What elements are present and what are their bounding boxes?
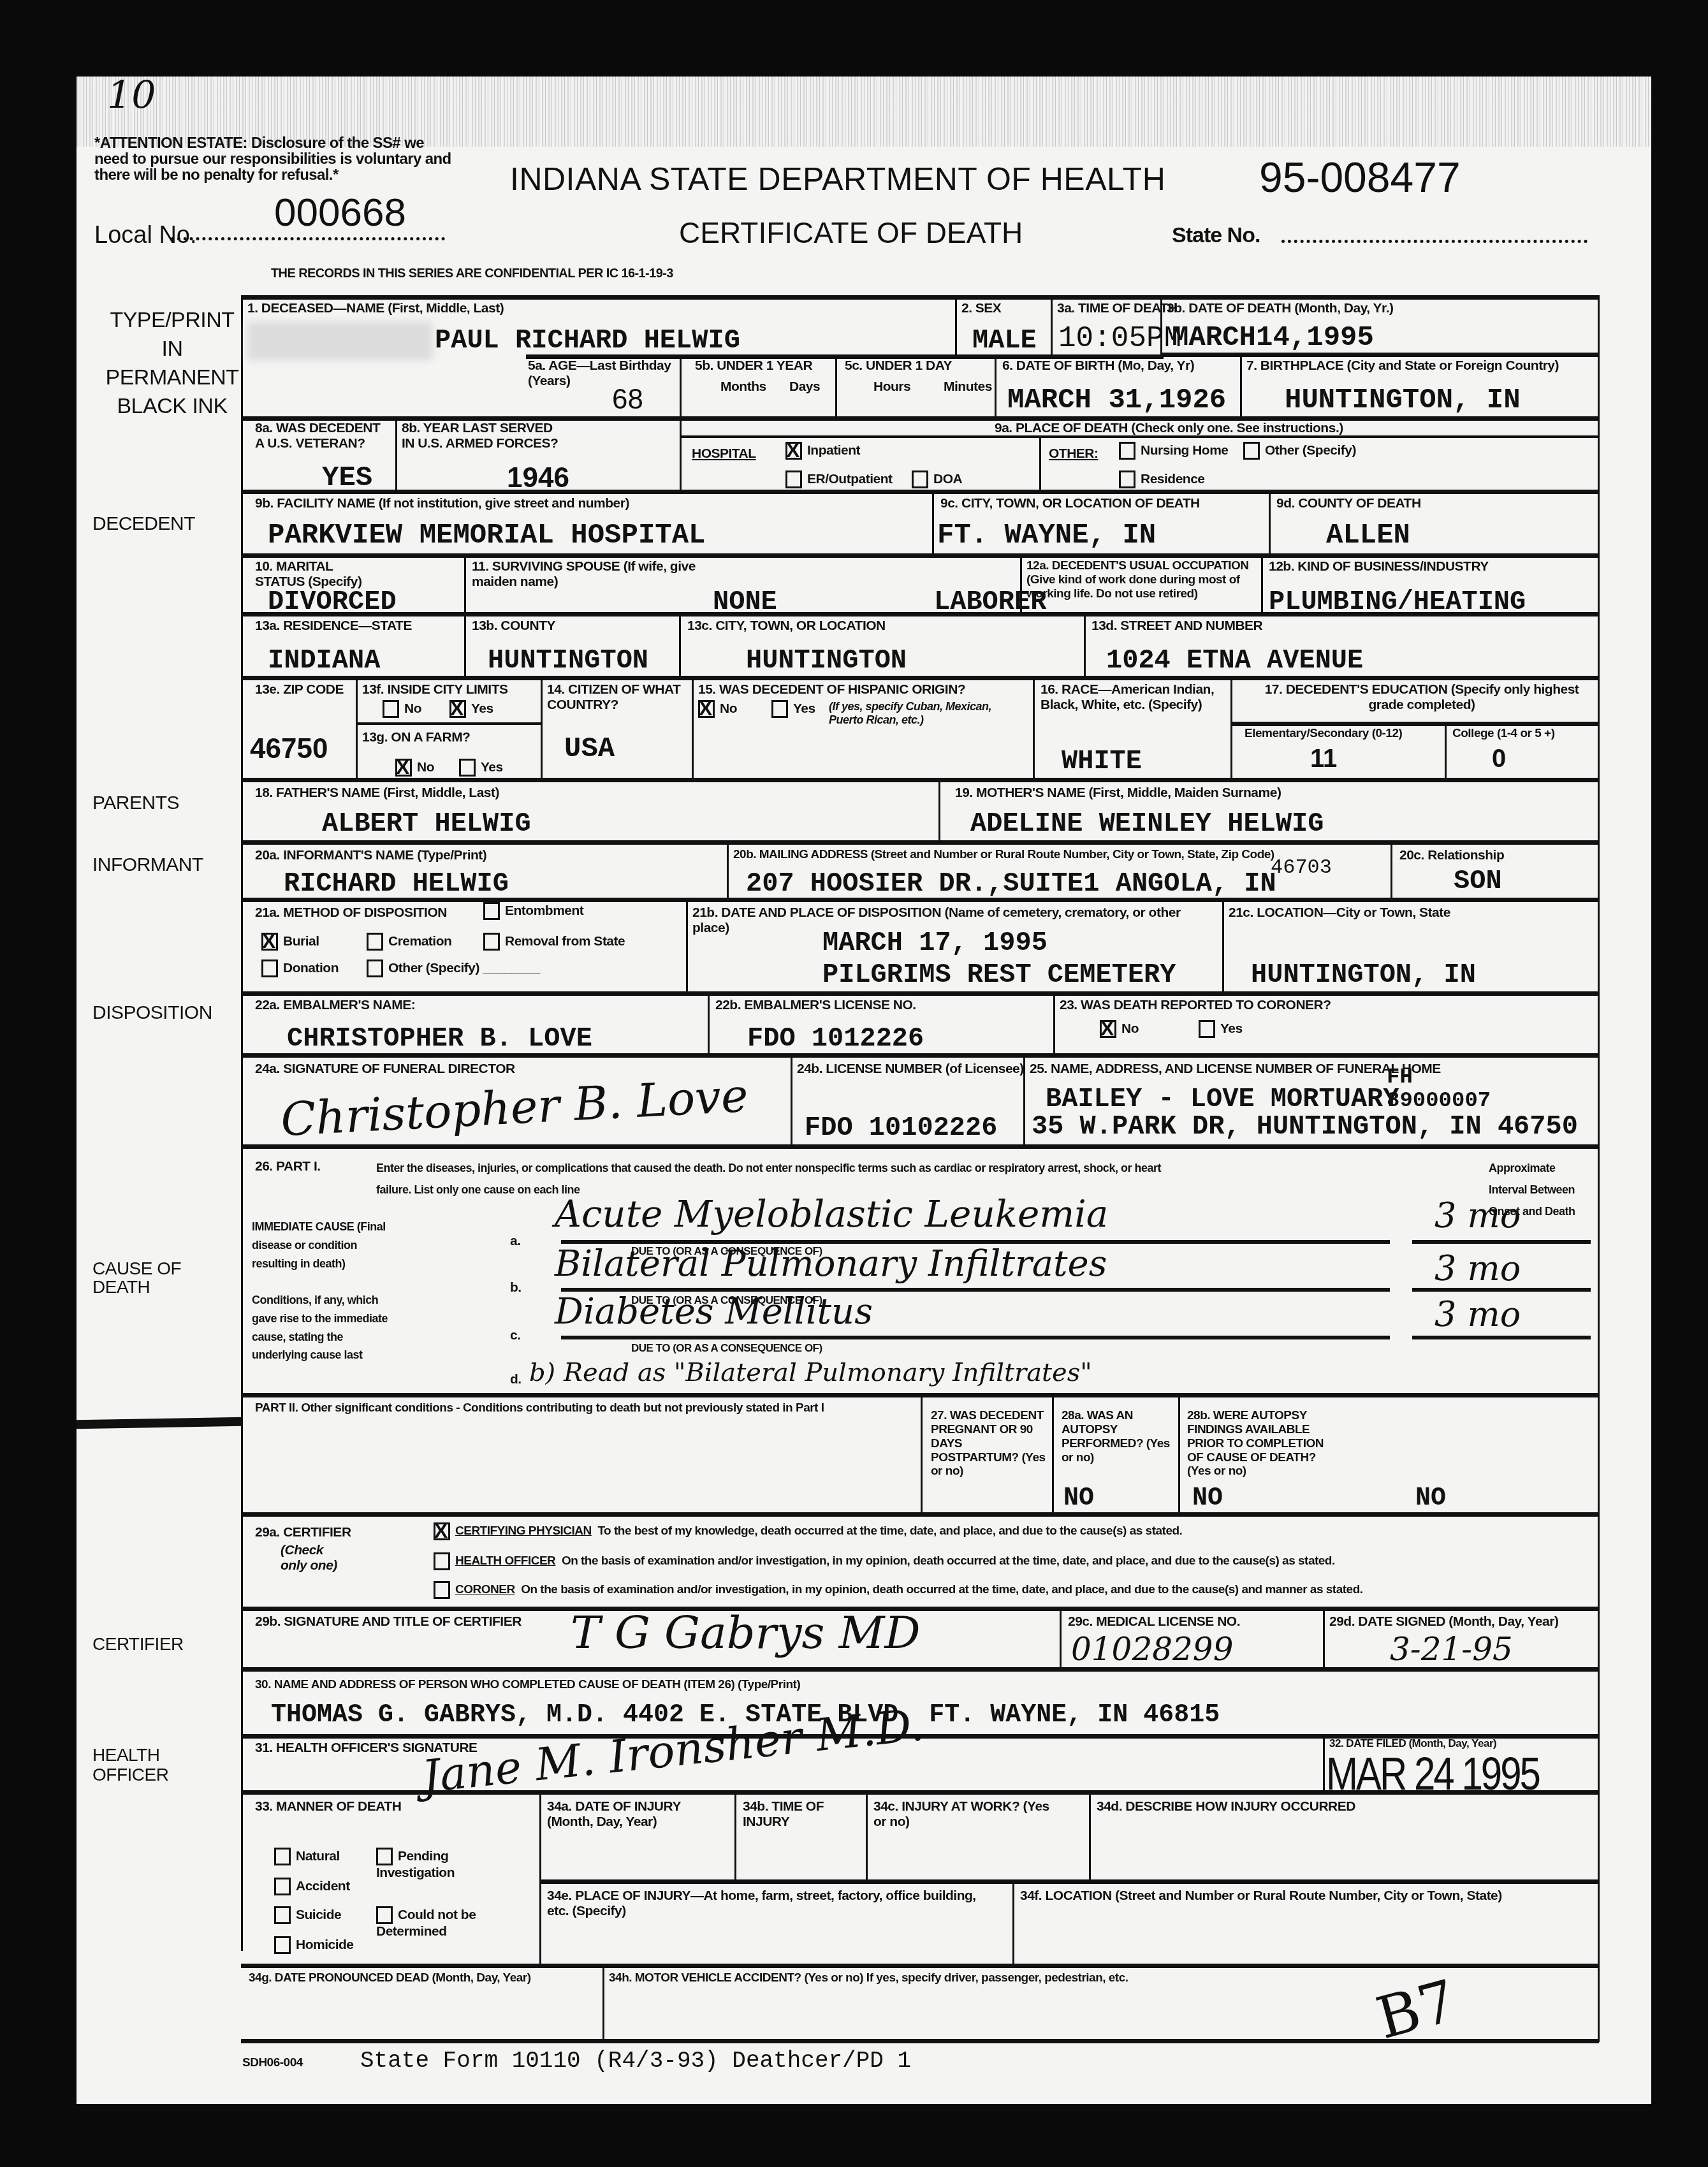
checkbox-icon [376,1848,393,1865]
label-embalmer-name: 22a. EMBALMER'S NAME: [255,998,415,1013]
rule [241,1512,1599,1517]
label-date-of-death: 3b. DATE OF DEATH (Month, Day, Yr.) [1167,301,1393,316]
label-disposition-location: 21c. LOCATION—City or Town, State [1229,905,1450,921]
label-time-of-death: 3a. TIME OF DEATH [1057,301,1177,316]
field-funeral-home-name: BAILEY - LOVE MORTUARY [1046,1084,1399,1114]
field-surviving-spouse: NONE [713,587,777,617]
checkbox-entombment[interactable]: Entombment [483,902,583,920]
checkbox-certifying-physician[interactable]: CERTIFYING PHYSICIAN To the best of my k… [434,1522,1182,1540]
interval-line-b [1412,1288,1591,1292]
divider [1323,1734,1325,1791]
rule [356,722,541,725]
divider [539,1790,541,1966]
rule [241,1964,1599,1968]
field-disposition-date: MARCH 17, 1995 [822,928,1047,958]
field-cause-d-correction: b) Read as "Bilateral Pulmonary Infiltra… [529,1358,1092,1387]
rule [241,1053,1599,1058]
label-license-number: 24b. LICENSE NUMBER (of Licensee) [797,1062,1024,1077]
checkbox-er-outpatient[interactable]: ER/Outpatient [785,471,893,488]
label-race: 16. RACE—American Indian, Black, White, … [1040,682,1219,713]
checkbox-cremation[interactable]: Cremation [367,933,451,951]
label-zip-code: 13e. ZIP CODE [255,682,344,697]
rule [241,295,1599,300]
divider [1060,1607,1062,1669]
cause-line-c [561,1336,1390,1339]
local-number: 000668 [274,190,406,235]
certifier-signature: T G Gabrys MD [571,1607,921,1659]
divider [602,1964,604,2040]
field-street: 1024 ETNA AVENUE [1106,645,1363,676]
divider [692,676,694,778]
label-hispanic-origin: 15. WAS DECEDENT OF HISPANIC ORIGIN? [698,682,965,697]
field-autopsy-findings: NO [1415,1484,1446,1513]
rule [1230,722,1599,726]
type-print-instruction: TYPE/PRINTINPERMANENTBLACK INK [99,306,245,421]
label-time-of-injury: 34b. TIME OF INJURY [743,1799,858,1830]
rule [241,553,1599,558]
checkbox-nursing-home[interactable]: Nursing Home [1119,442,1229,460]
checkbox-icon [1119,442,1135,460]
checkbox-icon [274,1906,291,1924]
field-city-of-death: FT. WAYNE, IN [937,520,1156,551]
field-birthplace: HUNTINGTON, IN [1285,384,1521,416]
divider [1323,1607,1325,1669]
label-county-of-death: 9d. COUNTY OF DEATH [1276,496,1421,511]
field-autopsy: NO [1192,1484,1223,1513]
label-motor-vehicle-accident: 34h. MOTOR VEHICLE ACCIDENT? (Yes or no)… [609,1971,1128,1985]
label-check-only-one: (Check only one) [281,1543,351,1573]
field-informant-name: RICHARD HELWIG [284,868,509,899]
checkbox-hispanic-yes[interactable]: Yes [771,700,815,718]
label-injury-location: 34f. LOCATION (Street and Number or Rura… [1020,1888,1502,1904]
checkbox-inpatient[interactable]: Inpatient [785,442,860,460]
divider [680,354,682,492]
checkbox-icon [367,959,383,977]
label-medical-license: 29c. MEDICAL LICENSE NO. [1068,1614,1240,1630]
label-minutes: Minutes [944,379,992,395]
checkbox-icon [483,933,500,951]
divider [1053,991,1055,1055]
checkbox-icon [274,1936,291,1954]
label-part-1: 26. PART I. [255,1159,321,1174]
rule [241,676,1599,680]
label-autopsy-findings: 28b. WERE AUTOPSY FINDINGS AVAILABLE PRI… [1187,1409,1340,1478]
handwritten-page-mark: 10 [107,73,156,118]
checkbox-icon [1243,442,1260,460]
checkbox-pending-investigation[interactable]: Pending Investigation [376,1848,485,1881]
label-days: Days [789,379,820,395]
label-year-served: 8b. YEAR LAST SERVED IN U.S. ARMED FORCE… [402,421,567,451]
checkbox-icon [459,759,476,777]
checked-box-icon [449,700,466,718]
label-veteran: 8a. WAS DECEDENT A U.S. VETERAN? [255,421,383,451]
interval-line-a [1412,1240,1591,1244]
checkbox-icon [1119,471,1135,488]
label-manner-of-death: 33. MANNER OF DEATH [255,1799,401,1814]
checkbox-hispanic-no[interactable]: No [698,700,737,718]
checkbox-farm-yes[interactable]: Yes [459,759,503,777]
local-no-dotted-line [171,237,445,240]
label-conditions: Conditions, if any, which gave rise to t… [252,1291,398,1364]
divider [1445,722,1447,778]
label-business: 12b. KIND OF BUSINESS/INDUSTRY [1269,559,1489,574]
checked-box-icon [785,442,802,460]
checkbox-farm-no[interactable]: No [395,759,434,777]
section-label-decedent: DECEDENT [92,513,195,535]
label-place-of-death: 9a. PLACE OF DEATH (Check only one. See … [995,421,1343,436]
label-residence-city: 13c. CITY, TOWN, OR LOCATION [687,618,886,634]
field-residence-state: INDIANA [268,645,380,676]
label-funeral-home: 25. NAME, ADDRESS, AND LICENSE NUMBER OF… [1030,1062,1441,1077]
divider [1269,490,1271,553]
divider [1390,840,1392,899]
divider [955,295,957,356]
label-mother-name: 19. MOTHER'S NAME (First, Middle, Maiden… [955,785,1281,801]
rule [241,416,1599,421]
label-funeral-director-signature: 24a. SIGNATURE OF FUNERAL DIRECTOR [255,1062,515,1077]
label-reported-to-coroner: 23. WAS DEATH REPORTED TO CORONER? [1060,998,1331,1013]
field-interval-a: 3 mo [1434,1195,1521,1236]
checked-box-icon [261,933,278,951]
checkbox-icon [274,1848,291,1865]
field-cause-b: Bilateral Pulmonary Infiltrates [555,1243,1107,1285]
divider [1012,1879,1014,1966]
label-under-1-day: 5c. UNDER 1 DAY [845,358,952,374]
checkbox-suicide[interactable]: Suicide [274,1906,341,1924]
field-deceased-name: PAUL RICHARD HELWIG [435,325,740,356]
rule [241,778,1599,782]
rule [241,991,1599,996]
rule [241,1667,1599,1672]
field-marital-status: DIVORCED [268,587,397,617]
checkbox-removal-from-state[interactable]: Removal from State [483,933,625,951]
rule [241,840,1599,845]
field-occupation: LABORER [934,587,1046,617]
label-describe-injury: 34d. DESCRIBE HOW INJURY OCCURRED [1097,1799,1355,1814]
checkbox-icon [274,1878,291,1895]
certificate-title: CERTIFICATE OF DEATH [679,215,1023,250]
label-informant-name: 20a. INFORMANT'S NAME (Type/Print) [255,848,486,863]
checkbox-natural[interactable]: Natural [274,1848,340,1865]
field-sex: MALE [972,325,1037,356]
footer-form-code: SDH06-004 [242,2056,303,2070]
field-embalmer-license: FDO 1012226 [747,1023,924,1054]
checked-box-icon [698,700,715,718]
checkbox-coroner[interactable]: CORONER On the basis of examination and/… [434,1581,1363,1599]
divider [938,778,940,842]
divider [356,676,358,778]
label-certifier: 29a. CERTIFIER [255,1525,351,1540]
label-pregnant: 27. WAS DECEDENT PREGNANT OR 90 DAYS POS… [931,1409,1046,1478]
label-date-of-birth: 6. DATE OF BIRTH (Mo, Day, Yr) [1002,358,1194,374]
divider [541,676,543,778]
section-label-health-officer: HEALTH OFFICER [92,1746,182,1785]
divider [1089,1790,1091,1881]
rule [539,1879,1599,1884]
attention-note: *ATTENTION ESTATE: Disclosure of the SS#… [94,135,458,184]
state-no-label: State No. [1172,223,1260,248]
field-residence-city: HUNTINGTON [746,645,907,676]
label-on-a-farm: 13g. ON A FARM? [362,730,470,745]
divider [1051,295,1053,356]
field-business: PLUMBING/HEATING [1269,587,1526,617]
state-number: 95-008477 [1259,153,1461,201]
field-interval-c: 3 mo [1434,1294,1521,1334]
checkbox-health-officer[interactable]: HEALTH OFFICER On the basis of examinati… [434,1552,1335,1570]
field-time-of-death: 10:05PM [1058,322,1181,355]
divider [708,991,710,1055]
checkbox-icon [383,700,399,718]
field-pregnant: NO [1063,1484,1094,1513]
checkbox-icon [483,902,500,920]
checkbox-accident[interactable]: Accident [274,1878,350,1895]
label-surviving-spouse: 11. SURVIVING SPOUSE (If wife, give maid… [472,559,714,590]
checkbox-burial[interactable]: Burial [261,933,319,951]
checked-box-icon [395,759,412,777]
label-hospital: HOSPITAL [692,446,756,462]
field-date-of-birth: MARCH 31,1926 [1007,384,1226,416]
label-date-signed: 29d. DATE SIGNED (Month, Day, Year) [1329,1614,1558,1630]
label-other: OTHER: [1049,446,1099,462]
field-date-signed: 3-21-95 [1390,1631,1513,1668]
checkbox-coroner-yes[interactable]: Yes [1199,1020,1243,1038]
field-citizen: USA [564,733,615,765]
checkbox-icon [434,1581,450,1599]
section-label-certifier: CERTIFIER [92,1634,184,1654]
divider [395,416,397,490]
checkbox-icon [1199,1020,1215,1038]
label-education: 17. DECEDENT'S EDUCATION (Specify only h… [1250,682,1594,713]
checkbox-icon [785,471,802,488]
field-zip-code: 46750 [250,733,328,765]
label-father-name: 18. FATHER'S NAME (First, Middle, Last) [255,785,499,801]
field-year-served: 1946 [507,462,569,494]
label-method-of-disposition: 21a. METHOD OF DISPOSITION [255,905,447,921]
field-race: WHITE [1062,746,1142,777]
divider [679,612,681,676]
label-due-to-c: DUE TO (OR AS A CONSEQUENCE OF) [631,1342,822,1355]
line-letter-d: d. [510,1372,522,1387]
field-cause-a: Acute Myeloblastic Leukemia [555,1192,1108,1236]
checkbox-homicide[interactable]: Homicide [274,1936,354,1954]
interval-line-c [1412,1336,1591,1339]
checkbox-could-not-be-determined[interactable]: Could not be Determined [376,1906,485,1939]
label-elementary: Elementary/Secondary (0-12) [1245,727,1402,741]
label-months: Months [720,379,766,395]
field-disposition-place: PILGRIMS REST CEMETERY [822,959,1176,990]
divider [686,898,688,993]
field-funeral-home-address: 35 W.PARK DR, HUNTINGTON, IN 46750 [1032,1113,1605,1141]
label-facility: 9b. FACILITY NAME (If not institution, g… [255,496,629,511]
label-date-pronounced-dead: 34g. DATE PRONOUNCED DEAD (Month, Day, Y… [249,1971,531,1985]
checkbox-icon [771,700,788,718]
label-deceased-name: 1. DECEASED—NAME (First, Middle, Last) [247,301,504,316]
checkbox-donation[interactable]: Donation [261,959,339,977]
checkbox-icon [367,933,383,951]
label-age: 5a. AGE—Last Birthday (Years) [528,358,675,389]
field-father-name: ALBERT HELWIG [322,808,531,839]
label-date-of-injury: 34a. DATE OF INJURY (Month, Day, Year) [547,1799,726,1830]
checkbox-icon [376,1906,393,1924]
label-completer: 30. NAME AND ADDRESS OF PERSON WHO COMPL… [255,1678,800,1692]
line-letter-a: a. [510,1234,521,1249]
field-mailing-address: 207 HOOSIER DR.,SUITE1 ANGOLA, IN [746,868,1276,899]
state-no-dotted-line [1281,240,1588,243]
field-medical-license: 01028299 [1071,1631,1234,1668]
field-county-of-death: ALLEN [1326,520,1410,551]
checkbox-doa[interactable]: DOA [912,471,962,488]
label-occupation: 12a. DECEDENT'S USUAL OCCUPATION (Give k… [1026,559,1259,601]
field-license-number: FDO 10102226 [805,1113,997,1143]
checkbox-icon [912,471,928,488]
footer-form-id: State Form 10110 (R4/3-93) Deathcer/PD 1 [360,2048,911,2074]
label-inside-city-limits: 13f. INSIDE CITY LIMITS [362,682,507,697]
divider [921,1393,923,1514]
field-veteran: YES [322,462,372,494]
checkbox-city-limits-no[interactable]: No [383,700,421,718]
local-no-label: Local No. [94,222,197,249]
label-certifier-signature: 29b. SIGNATURE AND TITLE OF CERTIFIER [255,1614,522,1630]
label-marital-status: 10. MARITAL STATUS (Specify) [255,559,383,590]
label-residence-state: 13a. RESIDENCE—STATE [255,618,412,634]
checkbox-coroner-no[interactable]: No [1100,1020,1139,1038]
section-label-informant: INFORMANT [92,854,203,876]
checkbox-residence[interactable]: Residence [1119,471,1205,488]
label-under-1-year: 5b. UNDER 1 YEAR [695,358,812,374]
divider [464,553,466,614]
divider [727,840,729,899]
checked-box-icon [434,1522,450,1540]
rule [1598,295,1600,2042]
field-interval-b: 3 mo [1434,1248,1521,1288]
rule [241,1144,1599,1149]
divider [932,490,934,553]
label-hours: Hours [873,379,910,395]
divider [1240,354,1242,418]
divider [1261,553,1263,614]
label-autopsy: 28a. WAS AN AUTOPSY PERFORMED? (Yes or n… [1062,1409,1173,1464]
field-date-of-death: MARCH14,1995 [1172,322,1374,354]
divider [734,1790,736,1881]
label-relationship: 20c. Relationship [1399,848,1504,863]
field-funeral-home-license: FH 89000007 [1387,1066,1495,1114]
section-label-disposition: DISPOSITION [92,1002,212,1024]
label-part-2: PART II. Other significant conditions - … [255,1401,824,1415]
checkbox-other-disposition[interactable]: Other (Specify) ________ [367,959,540,977]
line-letter-c: c. [510,1328,521,1343]
divider [1052,1393,1054,1514]
checkbox-other-specify[interactable]: Other (Specify) [1243,442,1356,460]
checkbox-city-limits-yes[interactable]: Yes [449,700,493,718]
checkbox-icon [434,1552,450,1570]
divider [995,354,996,418]
label-immediate-cause: IMMEDIATE CAUSE (Final disease or condit… [252,1218,398,1273]
label-citizen: 14. CITIZEN OF WHAT COUNTRY? [547,682,687,713]
field-informant-zip: 46703 [1271,856,1332,879]
field-elementary: 11 [1310,745,1337,773]
label-hispanic-note: (If yes, specify Cuban, Mexican, Puerto … [829,700,1026,726]
field-age: 68 [612,384,643,416]
divider [866,1790,868,1881]
line-letter-b: b. [510,1280,522,1295]
section-label-parents: PARENTS [92,792,179,814]
label-place-of-injury: 34e. PLACE OF INJURY—At home, farm, stre… [547,1888,993,1919]
divider [1230,676,1232,778]
label-residence-county: 13b. COUNTY [472,618,555,634]
label-injury-at-work: 34c. INJURY AT WORK? (Yes or no) [873,1799,1065,1830]
rule [241,490,1599,494]
label-street: 13d. STREET AND NUMBER [1091,618,1262,634]
field-mother-name: ADELINE WEINLEY HELWIG [970,808,1324,839]
label-sex: 2. SEX [961,301,1001,316]
label-college: College (1-4 or 5 +) [1452,727,1555,741]
checked-box-icon [1100,1020,1116,1038]
label-city-of-death: 9c. CITY, TOWN, OR LOCATION OF DEATH [940,496,1200,511]
divider [1084,612,1086,676]
redacted-region [247,322,432,360]
confidential-note: THE RECORDS IN THIS SERIES ARE CONFIDENT… [271,266,673,281]
field-cause-c: Diabetes Mellitus [555,1291,873,1332]
field-disposition-location: HUNTINGTON, IN [1251,959,1476,990]
field-relationship: SON [1454,866,1502,896]
checkbox-icon [261,959,278,977]
divider [835,354,837,418]
agency-title: INDIANA STATE DEPARTMENT OF HEALTH [510,161,1165,198]
field-residence-county: HUNTINGTON [488,645,648,676]
divider [1178,1393,1180,1514]
divider [1222,898,1224,993]
section-label-cause-of-death: CAUSE OF DEATH [92,1259,194,1297]
label-birthplace: 7. BIRTHPLACE (City and State or Foreign… [1246,358,1559,374]
rule [241,1393,1599,1397]
field-embalmer-name: CHRISTOPHER B. LOVE [287,1023,592,1054]
divider [1039,435,1041,490]
divider [464,612,466,676]
label-embalmer-license: 22b. EMBALMER'S LICENSE NO. [715,998,916,1013]
field-facility: PARKVIEW MEMORIAL HOSPITAL [268,520,706,551]
divider [1033,676,1035,778]
field-date-filed-stamp: MAR 24 1995 [1326,1747,1539,1800]
divider [791,1053,792,1146]
field-college: 0 [1492,745,1506,773]
